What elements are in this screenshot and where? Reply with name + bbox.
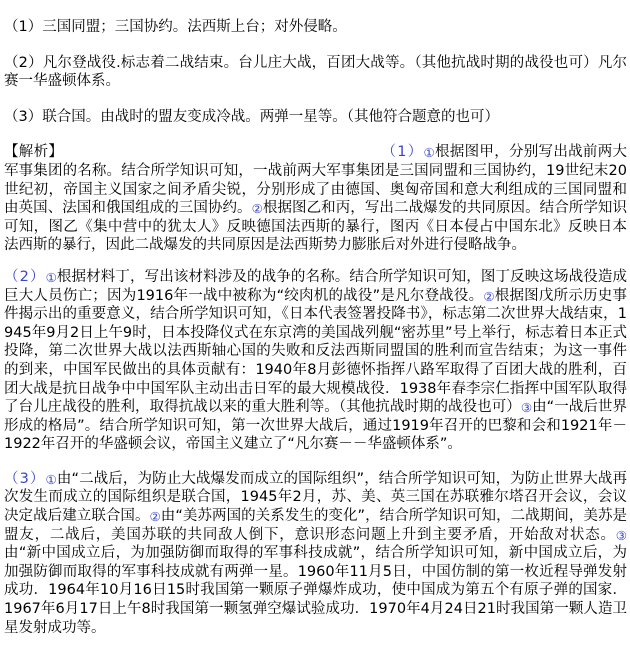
answer-item-1: （1）三国同盟；三国协约。法西斯上台；对外侵略。 <box>4 18 627 37</box>
item-number-3: （3） <box>4 471 46 487</box>
analysis-text: 由“新中国成立后，为加强防御而取得的军事科技成就”，结合所学知识可知，新中国成立… <box>4 545 627 635</box>
document: （1）三国同盟；三国协约。法西斯上台；对外侵略。 （2）凡尔登战役.标志着二战结… <box>0 0 630 637</box>
analysis-paragraph-3: （3）①由“二战后，为防止大战爆发而成立的国际组织”，结合所学知识可知，为防止世… <box>4 470 627 637</box>
analysis-header: 【解析】 <box>4 144 63 160</box>
circled-number-2: ② <box>252 201 263 216</box>
circled-number-2: ② <box>150 509 161 524</box>
analysis-paragraph-1: 【解析】（1）①根据图甲，分别写出战前两大军事集团的名称。结合所学知识可知，一战… <box>4 143 627 255</box>
page: { "page": { "background": "#ffffff", "te… <box>0 0 630 660</box>
analysis-paragraph-2: （2）①根据材料丁，写出该材料涉及的战争的名称。结合所学知识可知，图丁反映这场战… <box>4 268 627 454</box>
analysis-text: 根据图戊所示历史事件揭示出的重要意义，结合所学知识可知，《日本代表签署投降书》，… <box>4 288 627 416</box>
item-number-2: （2） <box>4 269 46 285</box>
circled-number-3: ③ <box>521 400 532 415</box>
item-number-1: （1） <box>381 144 423 160</box>
circled-number-1: ① <box>424 145 436 160</box>
circled-number-1: ① <box>46 472 57 487</box>
circled-number-3: ③ <box>616 528 627 543</box>
spacer <box>63 155 381 156</box>
circled-number-1: ① <box>46 270 57 285</box>
answer-item-3: （3）联合国。由战时的盟友变成冷战。两弹一星等。（其他符合题意的也可） <box>4 108 627 127</box>
circled-number-2: ② <box>483 289 494 304</box>
answer-item-2: （2）凡尔登战役.标志着二战结束。台儿庄大战，百团大战等。（其他抗战时期的战役也… <box>4 54 627 91</box>
